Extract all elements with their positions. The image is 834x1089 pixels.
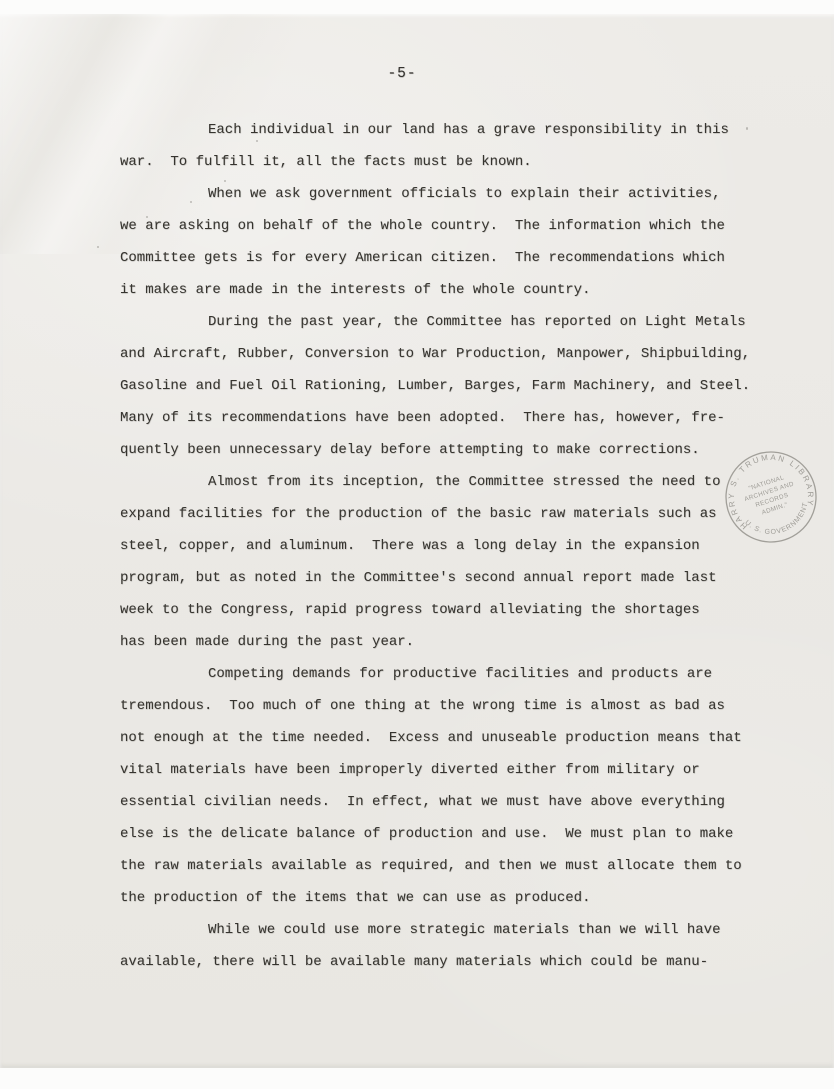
paragraph-government-officials: When we ask government officials to expl… <box>120 178 784 306</box>
stamp-top-arc-text: HARRY S. TRUMAN LIBRARY <box>715 441 820 533</box>
page-number: -5- <box>358 66 446 82</box>
paragraph-responsibility: Each individual in our land has a grave … <box>120 114 784 178</box>
paragraph-expand-facilities: Almost from its inception, the Committee… <box>120 466 784 658</box>
paragraph-strategic-materials: While we could use more strategic materi… <box>120 914 784 978</box>
document-body: Each individual in our land has a grave … <box>120 114 784 978</box>
paragraph-competing-demands: Competing demands for productive facilit… <box>120 658 784 914</box>
archive-stamp: HARRY S. TRUMAN LIBRARY U. S. GOVERNMENT… <box>708 434 834 560</box>
paper-speck <box>97 246 99 248</box>
paragraph-committee-reports: During the past year, the Committee has … <box>120 306 784 466</box>
